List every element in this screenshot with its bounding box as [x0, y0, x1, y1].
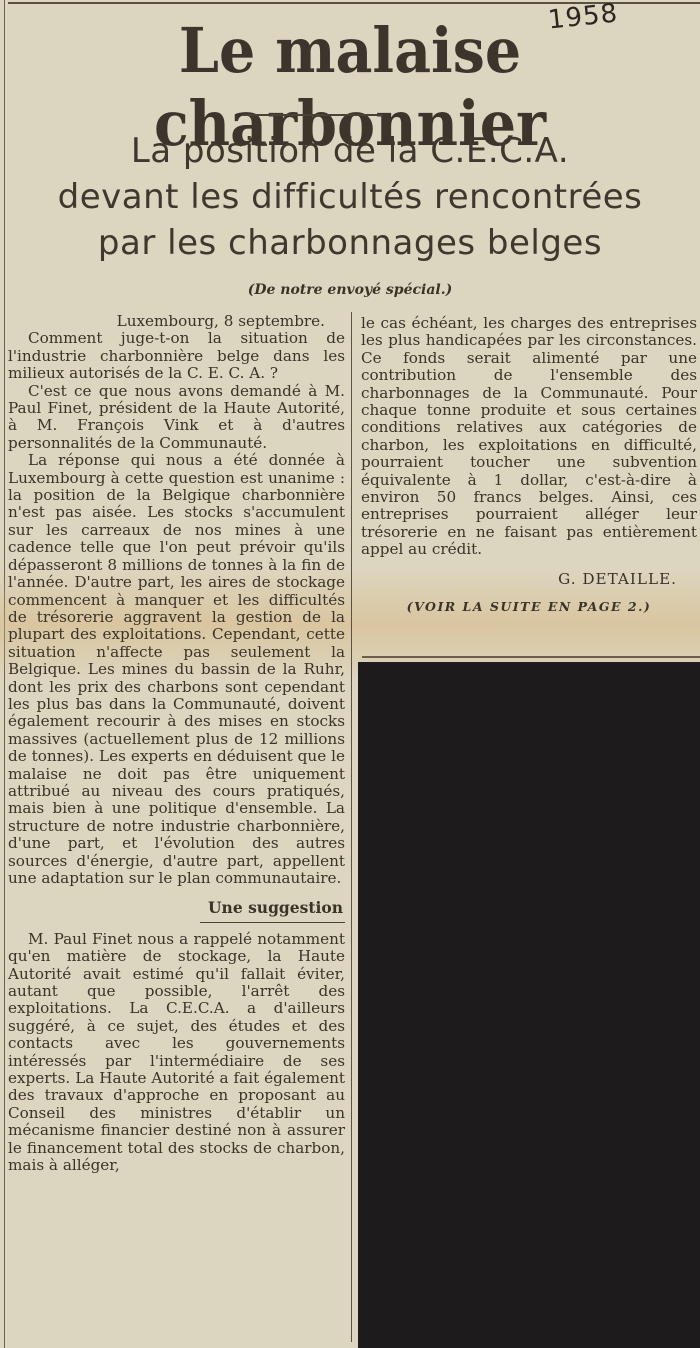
paragraph: La réponse qui nous a été donnée à Luxem…: [8, 452, 345, 887]
right-column: le cas échéant, les charges des entrepri…: [361, 315, 697, 616]
paragraph: Comment juge-t-on la situation de l'indu…: [8, 330, 345, 382]
subheadline-line: La position de la C.E.C.A.: [0, 128, 700, 174]
continued-note: (VOIR LA SUITE EN PAGE 2.): [361, 598, 697, 615]
paragraph: le cas échéant, les charges des entrepri…: [361, 315, 697, 559]
dark-backing: [358, 662, 700, 1348]
section-heading: Une suggestion: [8, 899, 345, 916]
section-rule: [200, 922, 345, 923]
author-signature: G. DETAILLE.: [361, 571, 697, 588]
paragraph: C'est ce que nous avons demandé à M. Pau…: [8, 383, 345, 453]
paragraph: M. Paul Finet nous a rappelé notamment q…: [8, 931, 345, 1175]
subheadline-line: devant les difficultés rencontrées: [0, 174, 700, 220]
dateline: Luxembourg, 8 septembre.: [8, 313, 345, 330]
newspaper-clipping: 1958 Le malaise charbonnier La position …: [0, 0, 700, 1348]
byline-note: (De notre envoyé spécial.): [0, 282, 700, 298]
column-divider: [351, 312, 352, 1342]
headline-rule: [243, 114, 383, 116]
subheadline-line: par les charbonnages belges: [0, 220, 700, 266]
left-column: Luxembourg, 8 septembre. Comment juge-t-…: [8, 313, 345, 1175]
subheadline: La position de la C.E.C.A. devant les di…: [0, 128, 700, 266]
article-end-rule: [362, 656, 700, 658]
